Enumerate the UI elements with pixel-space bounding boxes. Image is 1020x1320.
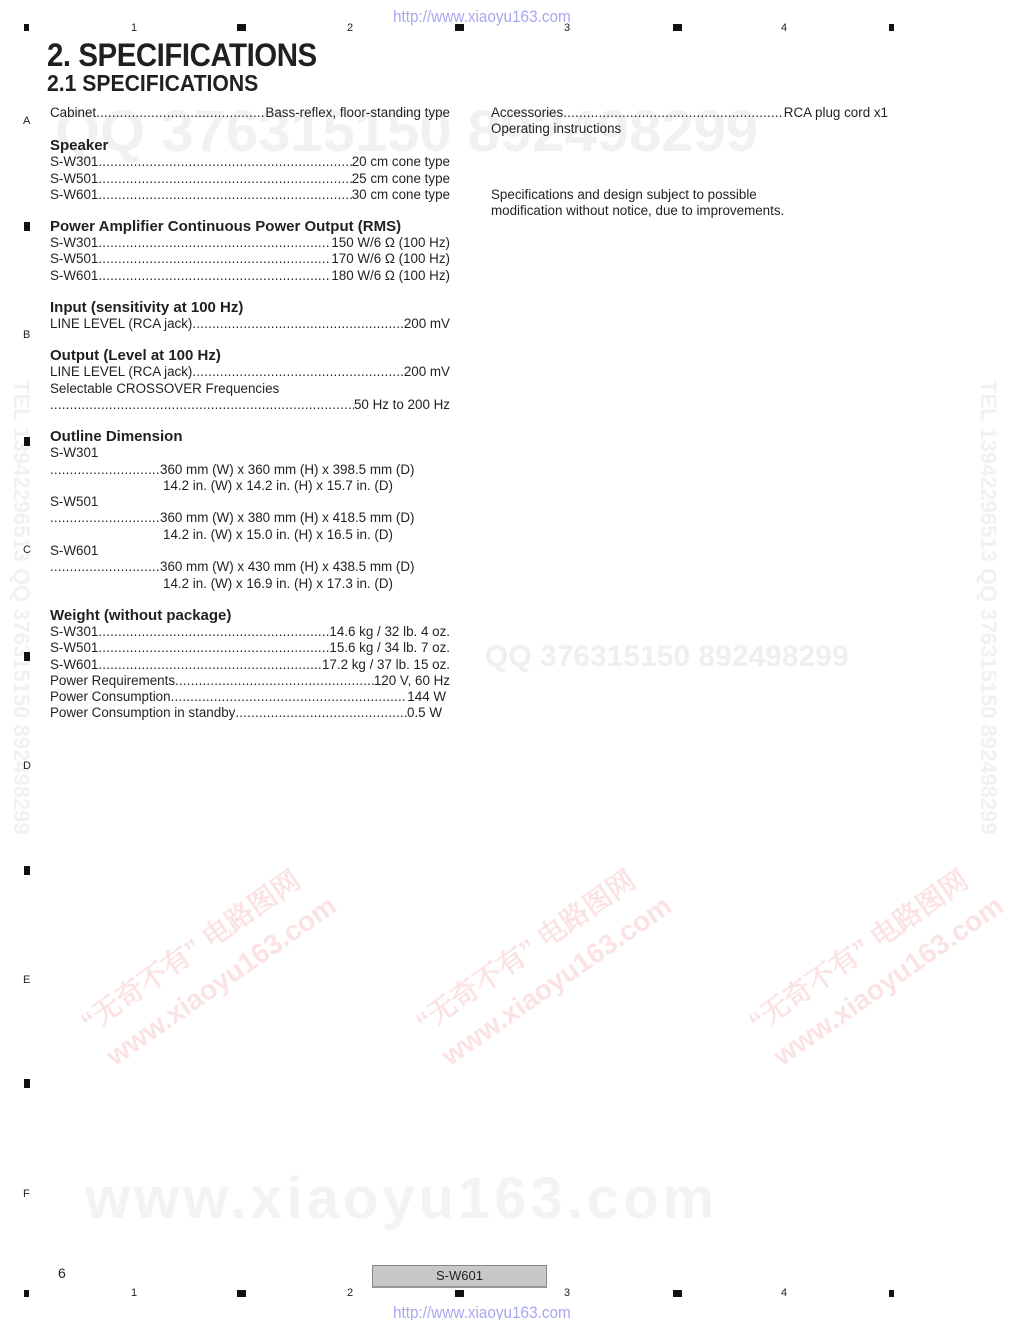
spec-row: S-W301 14.6 kg / 32 lb. 4 oz.: [50, 624, 450, 640]
watermark-diag-2-site: www.xiaoyu163.com: [435, 890, 677, 1073]
grid-marker-square: [24, 437, 30, 446]
grid-marker-square: [455, 24, 464, 31]
spec-row-cabinet: Cabinet Bass-reflex, floor-standing type: [50, 105, 450, 121]
grid-row-label: E: [23, 974, 30, 986]
spec-row: 360 mm (W) x 360 mm (H) x 398.5 mm (D): [50, 462, 450, 478]
leader-dots: [98, 640, 329, 656]
leader-dots: [192, 364, 403, 380]
spec-value-imperial: 14.2 in. (W) x 16.9 in. (H) x 17.3 in. (…: [50, 576, 450, 592]
grid-column-label: 3: [564, 22, 570, 34]
leader-dots: [98, 624, 329, 640]
spec-value: 200 mV: [404, 316, 450, 332]
grid-marker-square: [889, 24, 894, 31]
specs-right-column: Accessories RCA plug cord x1 Operating i…: [491, 105, 891, 219]
leader-dots: [235, 705, 407, 721]
grid-marker-square: [24, 1290, 29, 1297]
top-url-watermark: http://www.xiaoyu163.com: [393, 7, 571, 27]
grid-marker-square: [237, 1290, 246, 1297]
grid-column-label: 2: [347, 1287, 353, 1299]
spec-label: S-W601: [50, 187, 98, 203]
grid-row-label: B: [23, 329, 30, 341]
spec-accessory-extra: Operating instructions: [491, 121, 891, 137]
spec-label: Cabinet: [50, 105, 96, 121]
spec-value: 120 V, 60 Hz: [374, 673, 450, 689]
spec-model-label: S-W301: [50, 445, 450, 461]
spec-row: S-W501 15.6 kg / 34 lb. 7 oz.: [50, 640, 450, 656]
spec-label: LINE LEVEL (RCA jack): [50, 316, 192, 332]
section-title: 2.1 SPECIFICATIONS: [47, 70, 258, 97]
watermark-diag-2-cn: “无奇不有” 电路图网: [407, 859, 643, 1041]
spec-row: S-W501 170 W/6 Ω (100 Hz): [50, 251, 450, 267]
spec-value: 180 W/6 Ω (100 Hz): [331, 268, 450, 284]
spec-label: Power Requirements: [50, 673, 175, 689]
spec-heading-speaker: Speaker: [50, 137, 450, 154]
spec-value: 17.2 kg / 37 lb. 15 oz.: [322, 657, 450, 673]
bottom-url-watermark: http://www.xiaoyu163.com: [393, 1303, 571, 1320]
grid-marker-square: [24, 24, 29, 31]
spec-label: S-W501: [50, 251, 98, 267]
spec-row: S-W501 25 cm cone type: [50, 171, 450, 187]
grid-marker-square: [237, 24, 246, 31]
leader-dots: [96, 105, 265, 121]
leader-dots: [98, 154, 351, 170]
watermark-qq-mid: QQ 376315150 892498299: [485, 640, 849, 674]
spec-heading-weight: Weight (without package): [50, 607, 450, 624]
leader-dots: [50, 397, 354, 413]
spec-label: S-W301: [50, 624, 98, 640]
spec-label: S-W301: [50, 154, 98, 170]
spec-heading-power-output: Power Amplifier Continuous Power Output …: [50, 218, 450, 235]
notice-line-1: Specifications and design subject to pos…: [491, 187, 891, 203]
grid-row-label: C: [23, 544, 31, 556]
grid-marker-square: [455, 1290, 464, 1297]
spec-value-imperial: 14.2 in. (W) x 15.0 in. (H) x 16.5 in. (…: [50, 527, 450, 543]
notice-line-2: modification without notice, due to impr…: [491, 203, 891, 219]
spec-value: 0.5 W: [407, 705, 442, 721]
spec-row: 50 Hz to 200 Hz: [50, 397, 450, 413]
spec-value: RCA plug cord x1: [784, 105, 888, 121]
spec-row-power-consumption: Power Consumption 144 W: [50, 689, 446, 705]
spec-value: 144 W: [407, 689, 446, 705]
grid-marker-square: [24, 1079, 30, 1088]
spec-value: 25 cm cone type: [352, 171, 450, 187]
spec-value: 150 W/6 Ω (100 Hz): [331, 235, 450, 251]
spec-label: Power Consumption: [50, 689, 171, 705]
spec-row: S-W601 17.2 kg / 37 lb. 15 oz.: [50, 657, 450, 673]
spec-label-crossover: Selectable CROSSOVER Frequencies: [50, 381, 450, 397]
spec-label: LINE LEVEL (RCA jack): [50, 364, 192, 380]
footer-model-label: S-W601: [372, 1265, 547, 1288]
spec-label: S-W601: [50, 268, 98, 284]
leader-dots: [192, 316, 403, 332]
spec-value: Bass-reflex, floor-standing type: [265, 105, 450, 121]
spec-row: 360 mm (W) x 380 mm (H) x 418.5 mm (D): [50, 510, 450, 526]
watermark-site-bottom: www.xiaoyu163.com: [85, 1165, 718, 1232]
page-number: 6: [58, 1265, 66, 1281]
grid-column-label: 3: [564, 1287, 570, 1299]
spec-row: S-W601 180 W/6 Ω (100 Hz): [50, 268, 450, 284]
leader-dots: [50, 462, 160, 478]
spec-heading-input: Input (sensitivity at 100 Hz): [50, 299, 450, 316]
grid-marker-square: [24, 652, 30, 661]
spec-value-imperial: 14.2 in. (W) x 14.2 in. (H) x 15.7 in. (…: [50, 478, 450, 494]
page-title: 2. SPECIFICATIONS: [47, 37, 317, 74]
grid-row-label: F: [23, 1188, 30, 1200]
spec-value: 20 cm cone type: [352, 154, 450, 170]
spec-row: S-W601 30 cm cone type: [50, 187, 450, 203]
watermark-diag-3-cn: “无奇不有” 电路图网: [740, 859, 976, 1041]
leader-dots: [171, 689, 408, 705]
spec-value: 30 cm cone type: [352, 187, 450, 203]
spec-value: 200 mV: [404, 364, 450, 380]
watermark-tel-right: TEL 13942296513 QQ 376315150 892498299: [975, 380, 1001, 835]
spec-label: S-W501: [50, 171, 98, 187]
leader-dots: [50, 559, 160, 575]
spec-value-metric: 360 mm (W) x 380 mm (H) x 418.5 mm (D): [160, 510, 414, 526]
spec-value: 14.6 kg / 32 lb. 4 oz.: [329, 624, 450, 640]
spec-row-power-requirements: Power Requirements 120 V, 60 Hz: [50, 673, 450, 689]
spec-label: Power Consumption in standby: [50, 705, 235, 721]
spec-row: S-W301 150 W/6 Ω (100 Hz): [50, 235, 450, 251]
spec-label: S-W601: [50, 657, 98, 673]
watermark-diag-1-cn: “无奇不有” 电路图网: [72, 859, 308, 1041]
spec-row-power-standby: Power Consumption in standby 0.5 W: [50, 705, 442, 721]
grid-row-label: A: [23, 115, 30, 127]
leader-dots: [175, 673, 374, 689]
watermark-diag-1-site: www.xiaoyu163.com: [100, 890, 342, 1073]
grid-column-label: 4: [781, 22, 787, 34]
leader-dots: [98, 171, 351, 187]
grid-marker-square: [24, 222, 30, 231]
grid-column-label: 1: [131, 22, 137, 34]
grid-marker-square: [24, 866, 30, 875]
leader-dots: [98, 657, 322, 673]
leader-dots: [98, 187, 351, 203]
grid-column-label: 1: [131, 1287, 137, 1299]
leader-dots: [98, 235, 331, 251]
spec-heading-outline: Outline Dimension: [50, 428, 450, 445]
leader-dots: [98, 251, 331, 267]
spec-value: 170 W/6 Ω (100 Hz): [331, 251, 450, 267]
grid-marker-square: [889, 1290, 894, 1297]
spec-row: S-W301 20 cm cone type: [50, 154, 450, 170]
grid-row-label: D: [23, 760, 31, 772]
spec-heading-output: Output (Level at 100 Hz): [50, 347, 450, 364]
spec-model-label: S-W501: [50, 494, 450, 510]
grid-marker-square: [673, 24, 682, 31]
spec-label: S-W501: [50, 640, 98, 656]
grid-marker-square: [673, 1290, 682, 1297]
watermark-diag-3-site: www.xiaoyu163.com: [767, 890, 1009, 1073]
spec-row: LINE LEVEL (RCA jack) 200 mV: [50, 316, 450, 332]
leader-dots: [98, 268, 331, 284]
grid-column-label: 4: [781, 1287, 787, 1299]
spec-model-label: S-W601: [50, 543, 450, 559]
spec-row-accessories: Accessories RCA plug cord x1: [491, 105, 888, 121]
leader-dots: [563, 105, 784, 121]
spec-row: 360 mm (W) x 430 mm (H) x 438.5 mm (D): [50, 559, 450, 575]
specs-left-column: Cabinet Bass-reflex, floor-standing type…: [50, 105, 450, 722]
grid-column-label: 2: [347, 22, 353, 34]
spec-row: LINE LEVEL (RCA jack) 200 mV: [50, 364, 450, 380]
spec-value-metric: 360 mm (W) x 360 mm (H) x 398.5 mm (D): [160, 462, 414, 478]
spec-value: 15.6 kg / 34 lb. 7 oz.: [329, 640, 450, 656]
spec-label: S-W301: [50, 235, 98, 251]
leader-dots: [50, 510, 160, 526]
spec-label: Accessories: [491, 105, 563, 121]
spec-value: 50 Hz to 200 Hz: [354, 397, 450, 413]
spec-value-metric: 360 mm (W) x 430 mm (H) x 438.5 mm (D): [160, 559, 414, 575]
